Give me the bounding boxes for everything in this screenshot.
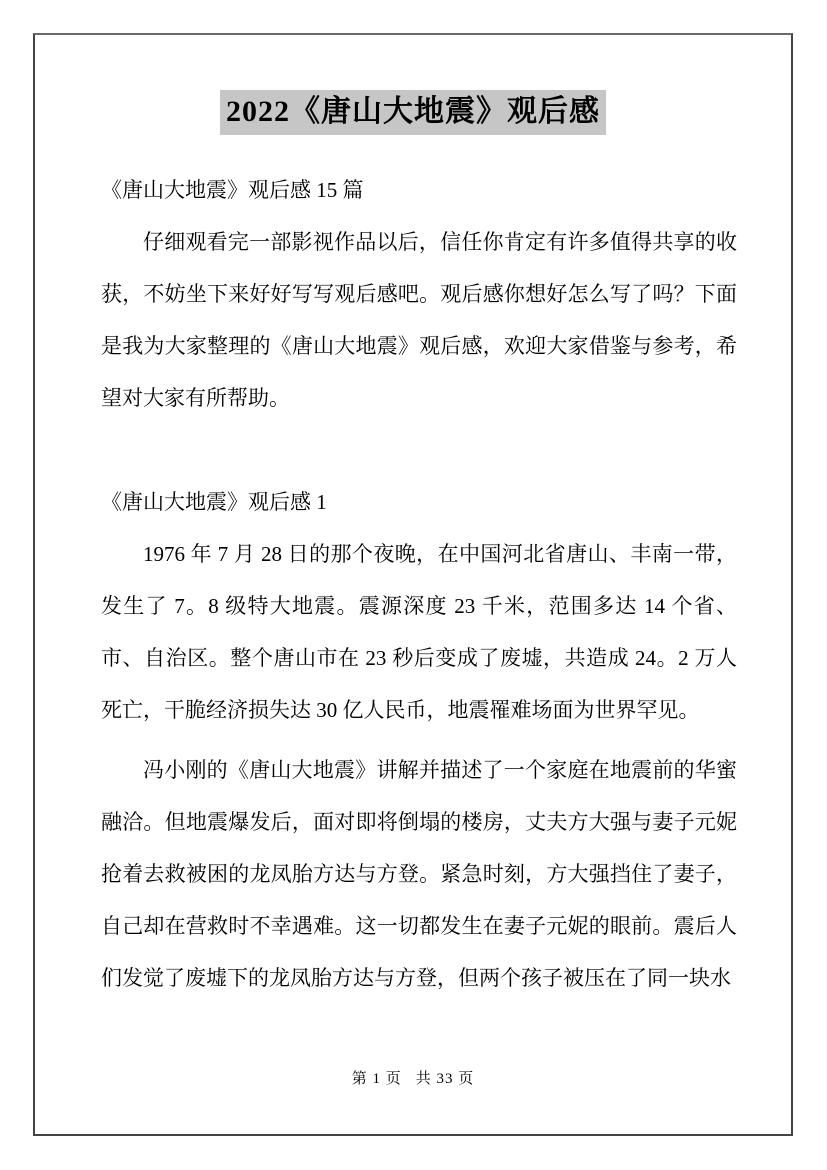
body-paragraph-intro: 仔细观看完一部影视作品以后，信任你肯定有许多值得共享的收获，不妨坐下来好好写写观… — [101, 216, 737, 424]
section-label-count: 《唐山大地震》观后感 15 篇 — [101, 164, 737, 216]
body-paragraph-earthquake-facts: 1976 年 7 月 28 日的那个夜晚，在中国河北省唐山、丰南一带，发生了 7… — [101, 528, 737, 736]
section-heading-1: 《唐山大地震》观后感 1 — [101, 476, 737, 528]
document-title: 2022《唐山大地震》观后感 — [35, 35, 791, 134]
page-number-total: 共 33 页 — [416, 1071, 475, 1087]
blank-line — [101, 424, 737, 476]
document-page: 2022《唐山大地震》观后感 《唐山大地震》观后感 15 篇 仔细观看完一部影视… — [0, 0, 827, 1170]
page-number-current: 第 1 页 — [352, 1071, 402, 1087]
document-body: 《唐山大地震》观后感 15 篇 仔细观看完一部影视作品以后，信任你肯定有许多值得… — [101, 164, 737, 1004]
page-sheet: 2022《唐山大地震》观后感 《唐山大地震》观后感 15 篇 仔细观看完一部影视… — [33, 33, 793, 1136]
body-paragraph-movie-plot: 冯小刚的《唐山大地震》讲解并描述了一个家庭在地震前的华蜜融洽。但地震爆发后，面对… — [101, 744, 737, 1004]
page-footer: 第 1 页共 33 页 — [35, 1067, 791, 1088]
title-highlight: 2022《唐山大地震》观后感 — [220, 90, 606, 135]
